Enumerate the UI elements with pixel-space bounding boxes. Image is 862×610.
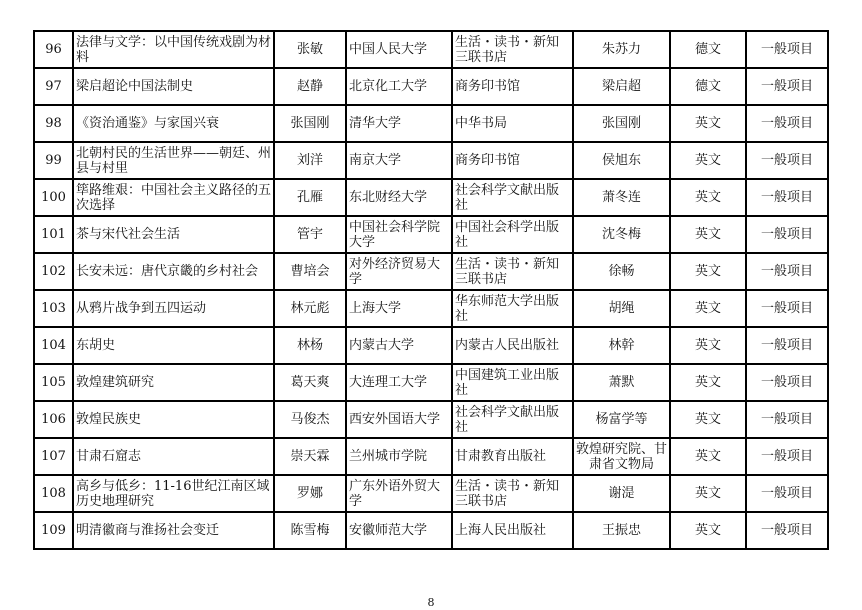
applicant-name: 林元彪 — [274, 290, 346, 327]
row-number: 107 — [34, 438, 73, 475]
target-language: 英文 — [670, 364, 746, 401]
publisher: 中华书局 — [452, 105, 573, 142]
table-row: 102 长安未远：唐代京畿的乡村社会 曹培会 对外经济贸易大学 生活・读书・新知… — [34, 253, 828, 290]
table-row: 99 北朝村民的生活世界——朝廷、州县与村里 刘洋 南京大学 商务印书馆 侯旭东… — [34, 142, 828, 179]
book-title: 甘肃石窟志 — [73, 438, 274, 475]
publisher: 社会科学文献出版社 — [452, 401, 573, 438]
project-category: 一般项目 — [746, 105, 828, 142]
table-row: 107 甘肃石窟志 崇天霖 兰州城市学院 甘肃教育出版社 敦煌研究院、甘肃省文物… — [34, 438, 828, 475]
publisher: 华东师范大学出版社 — [452, 290, 573, 327]
table-row: 98 《资治通鉴》与家国兴衰 张国刚 清华大学 中华书局 张国刚 英文 一般项目 — [34, 105, 828, 142]
table-row: 96 法律与文学：以中国传统戏剧为材料 张敏 中国人民大学 生活・读书・新知三联… — [34, 31, 828, 68]
book-title: 长安未远：唐代京畿的乡村社会 — [73, 253, 274, 290]
original-author: 张国刚 — [573, 105, 670, 142]
applicant-name: 崇天霖 — [274, 438, 346, 475]
book-title: 梁启超论中国法制史 — [73, 68, 274, 105]
target-language: 英文 — [670, 401, 746, 438]
project-category: 一般项目 — [746, 68, 828, 105]
applicant-name: 张敏 — [274, 31, 346, 68]
original-author: 沈冬梅 — [573, 216, 670, 253]
target-language: 英文 — [670, 290, 746, 327]
applicant-name: 张国刚 — [274, 105, 346, 142]
institution: 对外经济贸易大学 — [346, 253, 452, 290]
project-category: 一般项目 — [746, 475, 828, 512]
project-category: 一般项目 — [746, 438, 828, 475]
book-title: 北朝村民的生活世界——朝廷、州县与村里 — [73, 142, 274, 179]
original-author: 谢湜 — [573, 475, 670, 512]
original-author: 萧默 — [573, 364, 670, 401]
table-row: 105 敦煌建筑研究 葛天爽 大连理工大学 中国建筑工业出版社 萧默 英文 一般… — [34, 364, 828, 401]
project-category: 一般项目 — [746, 401, 828, 438]
project-category: 一般项目 — [746, 142, 828, 179]
publisher: 生活・读书・新知三联书店 — [452, 253, 573, 290]
institution: 中国人民大学 — [346, 31, 452, 68]
original-author: 梁启超 — [573, 68, 670, 105]
page-number: 8 — [0, 597, 862, 609]
institution: 南京大学 — [346, 142, 452, 179]
institution: 西安外国语大学 — [346, 401, 452, 438]
publisher: 生活・读书・新知三联书店 — [452, 31, 573, 68]
applicant-name: 刘洋 — [274, 142, 346, 179]
applicant-name: 曹培会 — [274, 253, 346, 290]
publisher: 内蒙古人民出版社 — [452, 327, 573, 364]
applicant-name: 陈雪梅 — [274, 512, 346, 549]
original-author: 王振忠 — [573, 512, 670, 549]
row-number: 103 — [34, 290, 73, 327]
applicant-name: 赵静 — [274, 68, 346, 105]
row-number: 106 — [34, 401, 73, 438]
publisher: 生活・读书・新知三联书店 — [452, 475, 573, 512]
target-language: 英文 — [670, 327, 746, 364]
institution: 广东外语外贸大学 — [346, 475, 452, 512]
target-language: 德文 — [670, 68, 746, 105]
target-language: 英文 — [670, 216, 746, 253]
row-number: 97 — [34, 68, 73, 105]
book-title: 敦煌建筑研究 — [73, 364, 274, 401]
institution: 安徽师范大学 — [346, 512, 452, 549]
row-number: 109 — [34, 512, 73, 549]
original-author: 侯旭东 — [573, 142, 670, 179]
applicant-name: 林杨 — [274, 327, 346, 364]
row-number: 105 — [34, 364, 73, 401]
row-number: 100 — [34, 179, 73, 216]
row-number: 99 — [34, 142, 73, 179]
original-author: 杨富学等 — [573, 401, 670, 438]
institution: 内蒙古大学 — [346, 327, 452, 364]
institution: 北京化工大学 — [346, 68, 452, 105]
institution: 大连理工大学 — [346, 364, 452, 401]
target-language: 英文 — [670, 253, 746, 290]
applicant-name: 孔雁 — [274, 179, 346, 216]
original-author: 胡绳 — [573, 290, 670, 327]
target-language: 英文 — [670, 105, 746, 142]
applicant-name: 葛天爽 — [274, 364, 346, 401]
publisher: 社会科学文献出版社 — [452, 179, 573, 216]
book-title: 东胡史 — [73, 327, 274, 364]
table-row: 101 茶与宋代社会生活 管宇 中国社会科学院大学 中国社会科学出版社 沈冬梅 … — [34, 216, 828, 253]
project-category: 一般项目 — [746, 290, 828, 327]
publisher: 甘肃教育出版社 — [452, 438, 573, 475]
table-row: 109 明清徽商与淮扬社会变迁 陈雪梅 安徽师范大学 上海人民出版社 王振忠 英… — [34, 512, 828, 549]
table-row: 100 筚路维艰：中国社会主义路径的五次选择 孔雁 东北财经大学 社会科学文献出… — [34, 179, 828, 216]
publisher: 中国建筑工业出版社 — [452, 364, 573, 401]
table-row: 108 高乡与低乡：11-16世纪江南区域历史地理研究 罗娜 广东外语外贸大学 … — [34, 475, 828, 512]
row-number: 98 — [34, 105, 73, 142]
table-row: 97 梁启超论中国法制史 赵静 北京化工大学 商务印书馆 梁启超 德文 一般项目 — [34, 68, 828, 105]
book-title: 敦煌民族史 — [73, 401, 274, 438]
project-list-table: 96 法律与文学：以中国传统戏剧为材料 张敏 中国人民大学 生活・读书・新知三联… — [33, 30, 829, 550]
book-title: 筚路维艰：中国社会主义路径的五次选择 — [73, 179, 274, 216]
project-category: 一般项目 — [746, 253, 828, 290]
applicant-name: 罗娜 — [274, 475, 346, 512]
original-author: 林幹 — [573, 327, 670, 364]
book-title: 茶与宋代社会生活 — [73, 216, 274, 253]
row-number: 108 — [34, 475, 73, 512]
institution: 上海大学 — [346, 290, 452, 327]
original-author: 徐畅 — [573, 253, 670, 290]
original-author: 萧冬连 — [573, 179, 670, 216]
book-title: 《资治通鉴》与家国兴衰 — [73, 105, 274, 142]
book-title: 高乡与低乡：11-16世纪江南区域历史地理研究 — [73, 475, 274, 512]
row-number: 101 — [34, 216, 73, 253]
target-language: 德文 — [670, 31, 746, 68]
table-row: 104 东胡史 林杨 内蒙古大学 内蒙古人民出版社 林幹 英文 一般项目 — [34, 327, 828, 364]
project-category: 一般项目 — [746, 179, 828, 216]
project-category: 一般项目 — [746, 327, 828, 364]
target-language: 英文 — [670, 512, 746, 549]
table-row: 106 敦煌民族史 马俊杰 西安外国语大学 社会科学文献出版社 杨富学等 英文 … — [34, 401, 828, 438]
table-row: 103 从鸦片战争到五四运动 林元彪 上海大学 华东师范大学出版社 胡绳 英文 … — [34, 290, 828, 327]
table-body: 96 法律与文学：以中国传统戏剧为材料 张敏 中国人民大学 生活・读书・新知三联… — [34, 31, 828, 549]
row-number: 102 — [34, 253, 73, 290]
publisher: 上海人民出版社 — [452, 512, 573, 549]
institution: 中国社会科学院大学 — [346, 216, 452, 253]
project-category: 一般项目 — [746, 216, 828, 253]
publisher: 商务印书馆 — [452, 142, 573, 179]
original-author: 朱苏力 — [573, 31, 670, 68]
institution: 东北财经大学 — [346, 179, 452, 216]
original-author: 敦煌研究院、甘肃省文物局 — [573, 438, 670, 475]
document-page: 96 法律与文学：以中国传统戏剧为材料 张敏 中国人民大学 生活・读书・新知三联… — [0, 0, 862, 610]
institution: 兰州城市学院 — [346, 438, 452, 475]
project-category: 一般项目 — [746, 31, 828, 68]
publisher: 中国社会科学出版社 — [452, 216, 573, 253]
applicant-name: 马俊杰 — [274, 401, 346, 438]
applicant-name: 管宇 — [274, 216, 346, 253]
target-language: 英文 — [670, 438, 746, 475]
book-title: 从鸦片战争到五四运动 — [73, 290, 274, 327]
project-category: 一般项目 — [746, 364, 828, 401]
project-category: 一般项目 — [746, 512, 828, 549]
institution: 清华大学 — [346, 105, 452, 142]
row-number: 96 — [34, 31, 73, 68]
target-language: 英文 — [670, 475, 746, 512]
row-number: 104 — [34, 327, 73, 364]
target-language: 英文 — [670, 179, 746, 216]
target-language: 英文 — [670, 142, 746, 179]
book-title: 明清徽商与淮扬社会变迁 — [73, 512, 274, 549]
publisher: 商务印书馆 — [452, 68, 573, 105]
book-title: 法律与文学：以中国传统戏剧为材料 — [73, 31, 274, 68]
